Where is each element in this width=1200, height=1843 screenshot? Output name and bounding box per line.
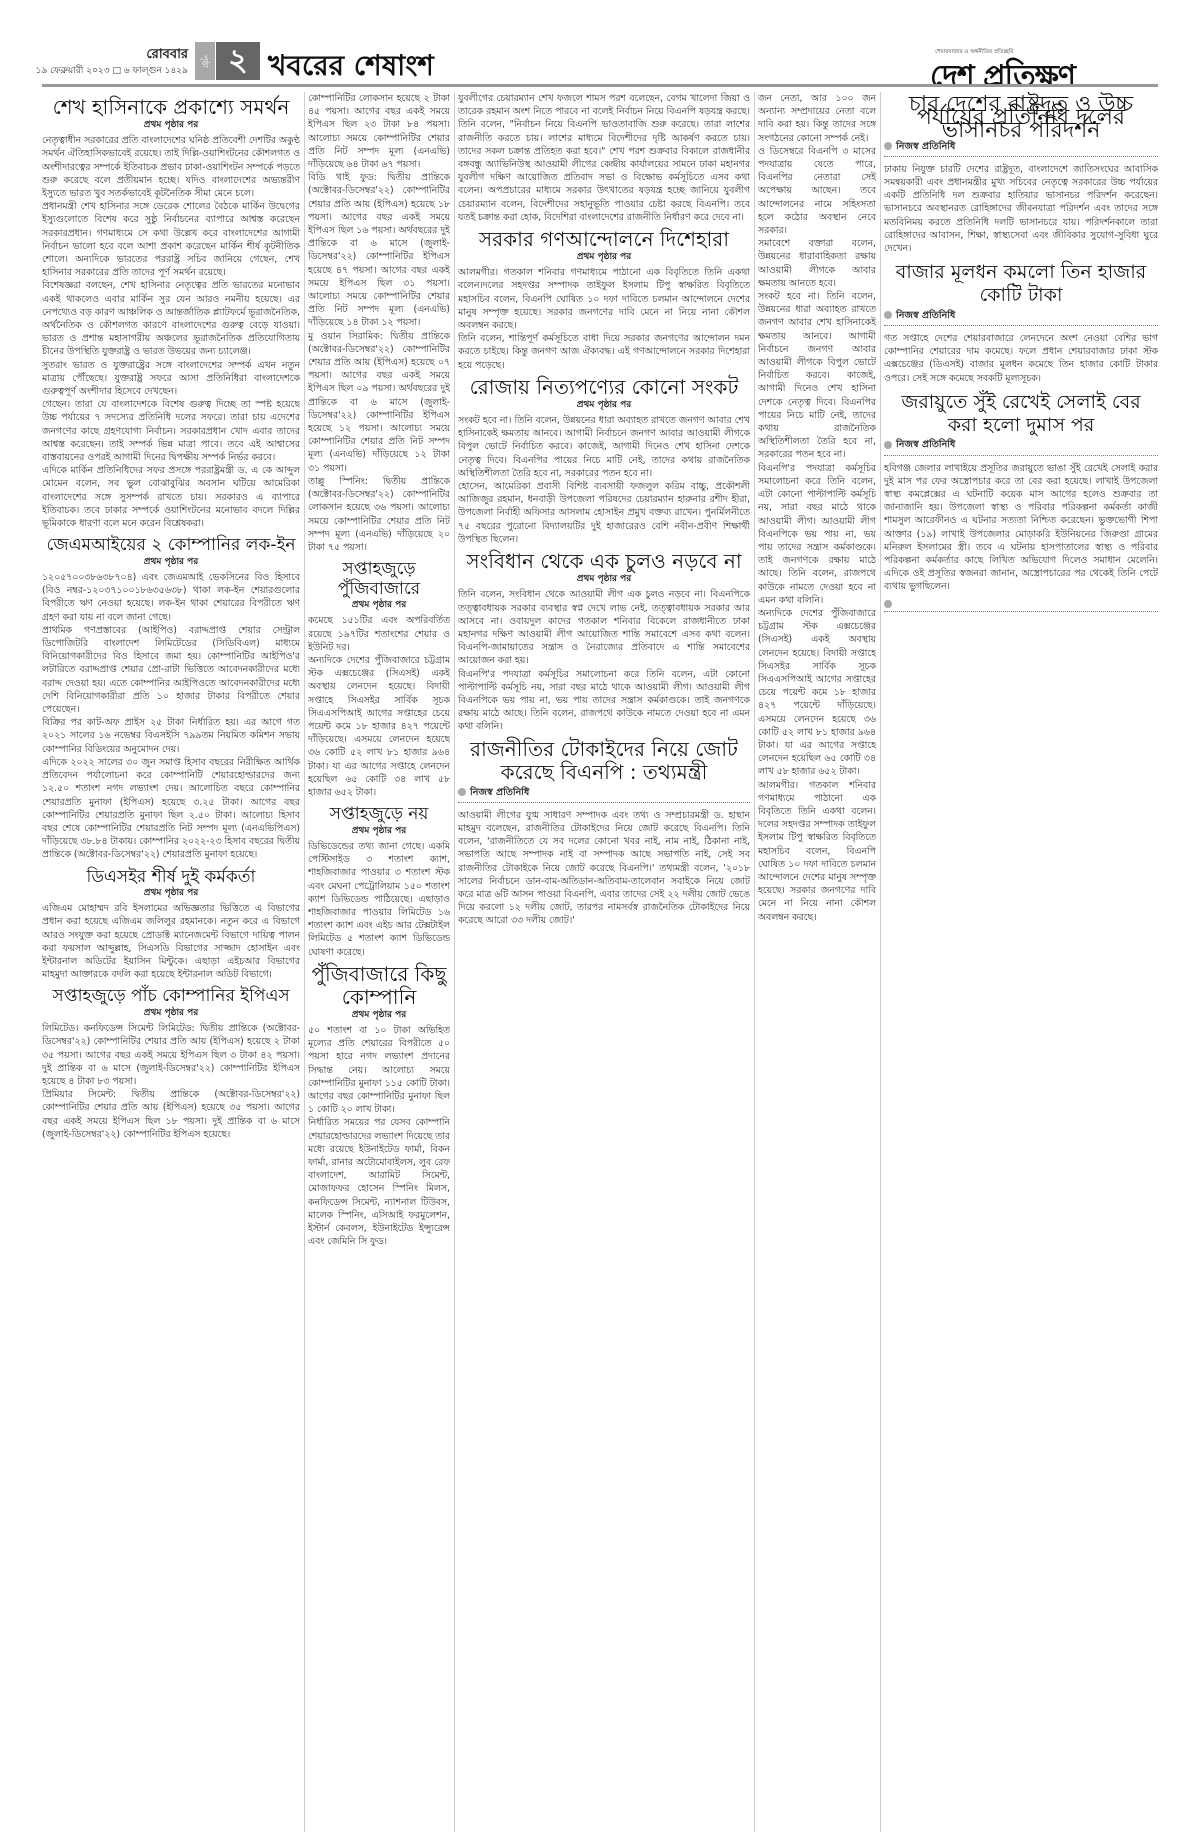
headline: চার দেশের রাষ্ট্রদূত ও উচ্চ পর্যায়ের প্… [884,98,1158,138]
article-five-companies-eps: সপ্তাহজুড়ে পাঁচ কোম্পানির ইপিএস প্রথম প… [42,987,300,1141]
article-paragraph: অন্যদিকে দেশের পুঁজিবাজারে চট্টগ্রাম স্ট… [758,607,876,779]
article-paragraph: অন্যদিকে দেশের পুঁজিবাজারে চট্টগ্রাম স্ট… [308,654,450,799]
continuation-label: প্রথম পৃষ্ঠার পর [42,119,300,132]
continuation-label: প্রথম পৃষ্ঠার পর [308,825,450,838]
article-paragraph: সংকট হবে না। তিনি বলেন, উন্নয়নের ধারা অ… [458,414,750,480]
headline: রাজনীতির টোকাইদের নিয়ে জোট করেছে বিএনপি… [458,738,750,784]
headline: সপ্তাহজুড়ে পাঁচ কোম্পানির ইপিএস [42,987,300,1007]
headline: সরকার গণআন্দোলনে দিশেহারা [458,228,750,251]
continuation-label: প্রথম পৃষ্ঠার পর [458,399,750,412]
bullet-icon [458,788,466,796]
article-dse-officials: ডিএসইর শীর্ষ দুই কর্মকর্তা প্রথম পৃষ্ঠার… [42,868,300,982]
masthead-date: ১৯ ফেব্রুয়ারী ২০২৩ □ ৬ ফাল্গুন ১৪২৯ [20,63,188,78]
article-paragraph: মু ওয়ান সিরামিক: দ্বিতীয় প্রান্তিকে (অ… [308,330,450,475]
article-paragraph: এদিকে ২০২২ সালের ৩০ জুন সমাপ্ত হিসাব বছর… [42,756,300,862]
article-paragraph: প্রধানমন্ত্রী শেখ হাসিনার সঙ্গে ডেরেক শো… [42,200,300,279]
article-paragraph: জন নেতা, আর ১০০ জন অন্যান্য সম্প্রদায়ের… [758,92,876,145]
byline-text: নিজস্ব প্রতিনিধি [896,438,955,451]
article-paragraph: তাল্লু স্পিনিং: দ্বিতীয় প্রান্তিকে (অক্… [308,475,450,554]
article-paragraph: ডিভিডেন্ডের তথ্য জানা গেছে। একমি পেস্টিস… [308,840,450,959]
article-paragraph: ৫০ শতাংশ বা ১০ টাকা অভিহিত মূল্যের প্রতি… [308,1024,450,1116]
byline-text: নিজস্ব প্রতিনিধি [896,309,955,322]
article-bhasanchar-visit: বাজার মূলধন কমলো তিন হাজার কোটি টাকা নিজ… [884,261,1158,385]
column-1: শেখ হাসিনাকে প্রকাশ্যে সমর্থন প্রথম পৃষ্… [42,92,300,1832]
article-paragraph: ১২০৫৭০০৩৮৬৩৮৭০৪) এবং জেএমআই ভেকসিনের বিও… [42,571,300,624]
byline-text: নিজস্ব প্রতিনিধি [470,786,529,799]
column-4: জন নেতা, আর ১০০ জন অন্যান্য সম্প্রদায়ের… [758,92,876,1832]
article-bnp-politics-of-corpses: চার দেশের রাষ্ট্রদূত ও উচ্চ পর্যায়ের প্… [884,98,1158,255]
article-govt-directionless: সরকার গণআন্দোলনে দিশেহারা প্রথম পৃষ্ঠার … [458,228,750,372]
dotted-divider [884,156,1158,157]
article-paragraph: হবিগঞ্জ জেলার লাখাইয়ে প্রসূতির জরায়ুতে… [884,462,1158,594]
article-paragraph: বিক্রির পর কাট-অফ প্রাইস ২৫ টাকা নির্ধার… [42,716,300,756]
bullet-icon [884,311,892,319]
continuation-label: প্রথম পৃষ্ঠার পর [42,1007,300,1020]
article-paragraph: সুতরাং ভারত ও যুক্তরাষ্ট্রের সঙ্গে বাংলা… [42,359,300,399]
byline-text: নিজস্ব প্রতিনিধি [896,140,955,153]
article-paragraph: এজিএম মোহাম্মদ রবি ইসলামের অভিজ্ঞতার ভিত… [42,902,300,981]
headline: সপ্তাহজুড়ে পুঁজিবাজারে [308,560,450,599]
article-paragraph: বিশেষজ্ঞরা বলছেন, শেখ হাসিনার নেতৃত্বের … [42,279,300,358]
headline: রোজায় নিত্যপণ্যের কোনো সংকট [458,376,750,399]
article-paragraph: ও ডিসেম্বরে বিএনপি ৩ মাসের পদযাত্রায় যে… [758,145,876,237]
continuation-label: প্রথম পৃষ্ঠার পর [308,1009,450,1022]
continuation-label: প্রথম পৃষ্ঠার পর [42,556,300,569]
article-paragraph: লিমিটেড। কনফিডেন্স সিমেন্ট লিমিটেড: দ্বি… [42,1022,300,1088]
article-paragraph: যুবলীগের চেয়ারম্যান শেখ ফজলে শামস পরশ ব… [458,92,750,224]
article-paragraph: কমেছে ১৫১টির এবং অপরিবর্তিত রয়েছে ১৯৭টি… [308,614,450,654]
article-weekly-capital-market: সপ্তাহজুড়ে পুঁজিবাজারে প্রথম পৃষ্ঠার পর… [308,560,450,799]
article-paragraph: গত সপ্তাহে দেশের শেয়ারবাজারে লেনদেনে অং… [884,332,1158,385]
continuation-label: প্রথম পৃষ্ঠার পর [458,573,750,586]
page-label: পৃষ্ঠা [195,42,215,80]
article-paragraph: প্রাথমিক গণপ্রস্তাবের (আইপিও) বরাদ্দপ্রা… [42,624,300,716]
headline: পুঁজিবাজারে কিছু কোম্পানি [308,963,450,1009]
article-paragraph: বিএনপি'র পদযাত্রা কর্মসূচির সমালোচনা করে… [458,668,750,734]
article-paragraph: আওয়ামী লীগের যুগ্ম সাধারণ সম্পাদক এবং ত… [458,809,750,928]
headline: সংবিধান থেকে এক চুলও নড়বে না [458,550,750,573]
article-paragraph: আলমগীর। গতকাল শনিবার গণমাধ্যমে পাঠানো এক… [758,779,876,924]
continuation-label: প্রথম পৃষ্ঠার পর [308,599,450,612]
headline: ডিএসইর শীর্ষ দুই কর্মকর্তা [42,868,300,888]
column-5: চার দেশের রাষ্ট্রদূত ও উচ্চ পর্যায়ের প্… [884,92,1158,1832]
article-paragraph: হোসেন, আমেরিকা প্রবাসী বিশিষ্ট ব্যবসায়ী… [458,480,750,546]
headline: জরায়ুতে সুঁই রেখেই সেলাই বের করা হলো দু… [884,391,1158,437]
headline: জেএমআইয়ের ২ কোম্পানির লক-ইন [42,536,300,556]
byline: নিজস্ব প্রতিনিধি [884,309,1158,322]
top-rule [42,84,1158,87]
article-ramadan-crisis: রোজায় নিত্যপণ্যের কোনো সংকট প্রথম পৃষ্ঠ… [458,376,750,546]
dotted-divider [458,802,750,803]
article-constitution: সংবিধান থেকে এক চুলও নড়বে না প্রথম পৃষ্… [458,550,750,733]
article-some-companies: পুঁজিবাজারে কিছু কোম্পানি প্রথম পৃষ্ঠার … [308,963,450,1249]
article-paragraph: বিএনপি'র পদযাত্রা কর্মসূচির সমালোচনা করে… [758,462,876,607]
masthead: রোববার ১৯ ফেব্রুয়ারী ২০২৩ □ ৬ ফাল্গুন ১… [0,0,1200,70]
byline: নিজস্ব প্রতিনিধি [458,786,750,799]
continuation-label: প্রথম পৃষ্ঠার পর [458,251,750,264]
article-paragraph: প্রিমিয়ার সিমেন্ট: দ্বিতীয় প্রান্তিকে … [42,1088,300,1141]
column-2: কোম্পানিটির লোকসান হয়েছে ২ টাকা ৪৫ পয়স… [308,92,450,1832]
article-paragraph: ঢাকায় নিযুক্ত চারটি দেশের রাষ্ট্রদূত, ব… [884,163,1158,255]
article-paragraph: নির্ধারিত সময়ের পর যেসব কোম্পানি শেয়ার… [308,1116,450,1248]
bullet-icon [884,441,892,449]
article-info-minister: রাজনীতির টোকাইদের নিয়ে জোট করেছে বিএনপি… [458,738,750,928]
article-paragraph: তিনি বলেন, শান্তিপূর্ণ কর্মসূচিতে বাধা দ… [458,332,750,372]
headline: সপ্তাহজুড়ে নয় [308,805,450,825]
article-needle-in-uterus [884,600,1158,612]
column-divider [304,92,305,1832]
byline [884,600,1158,608]
column-divider [880,92,881,1832]
article-top-center: যুবলীগের চেয়ারম্যান শেখ ফজলে শামস পরশ ব… [458,92,750,224]
byline: নিজস্ব প্রতিনিধি [884,438,1158,451]
article-market-cap: জরায়ুতে সুঁই রেখেই সেলাই বের করা হলো দু… [884,391,1158,594]
article-paragraph: সমাবেশে বক্তারা বলেন, উন্নয়নের ধারাবাহি… [758,237,876,290]
article-paragraph: কোম্পানিটির লোকসান হয়েছে ২ টাকা ৪৫ পয়স… [308,92,450,171]
article-paragraph: বিডি থাই ফুড: দ্বিতীয় প্রান্তিকে (অক্টো… [308,171,450,329]
column-3: যুবলীগের চেয়ারম্যান শেখ ফজলে শামস পরশ ব… [458,92,750,1832]
column-divider [754,92,755,1832]
column-divider [454,92,455,1832]
article-paragraph: গেছেন। তারা যে বাংলাদেশকে বিশেষ গুরুত্ব … [42,398,300,464]
page-number: ২ [216,42,260,80]
dotted-divider [884,455,1158,456]
bullet-icon [884,600,892,608]
headline: শেখ হাসিনাকে প্রকাশ্যে সমর্থন [42,96,300,119]
article-sheikh-hasina-support: শেখ হাসিনাকে প্রকাশ্যে সমর্থন প্রথম পৃষ্… [42,96,300,530]
headline: বাজার মূলধন কমলো তিন হাজার কোটি টাকা [884,261,1158,307]
article-weekly-not: সপ্তাহজুড়ে নয় প্রথম পৃষ্ঠার পর ডিভিডেন… [308,805,450,959]
bullet-icon [884,142,892,150]
continuation-label: প্রথম পৃষ্ঠার পর [42,887,300,900]
article-paragraph: আলমগীর। গতকাল শনিবার গণমাধ্যমে পাঠানো এক… [458,266,750,332]
dotted-divider [884,325,1158,326]
article-paragraph: এদিকে মার্কিন প্রতিনিধিদের সফর প্রসঙ্গে … [42,464,300,530]
article-gemini-lockin: জেএমআইয়ের ২ কোম্পানির লক-ইন প্রথম পৃষ্ঠ… [42,536,300,861]
article-paragraph: সংকট হবে না। তিনি বলেন, উন্নয়নের ধারা অ… [758,290,876,462]
dotted-divider [884,611,1158,612]
article-paragraph: নেতৃত্বাধীন সরকারের প্রতি বাংলাদেশের ঘনি… [42,134,300,200]
article-paragraph: তিনি বলেন, সংবিধান থেকে আওয়ামী লীগ এক চ… [458,588,750,667]
